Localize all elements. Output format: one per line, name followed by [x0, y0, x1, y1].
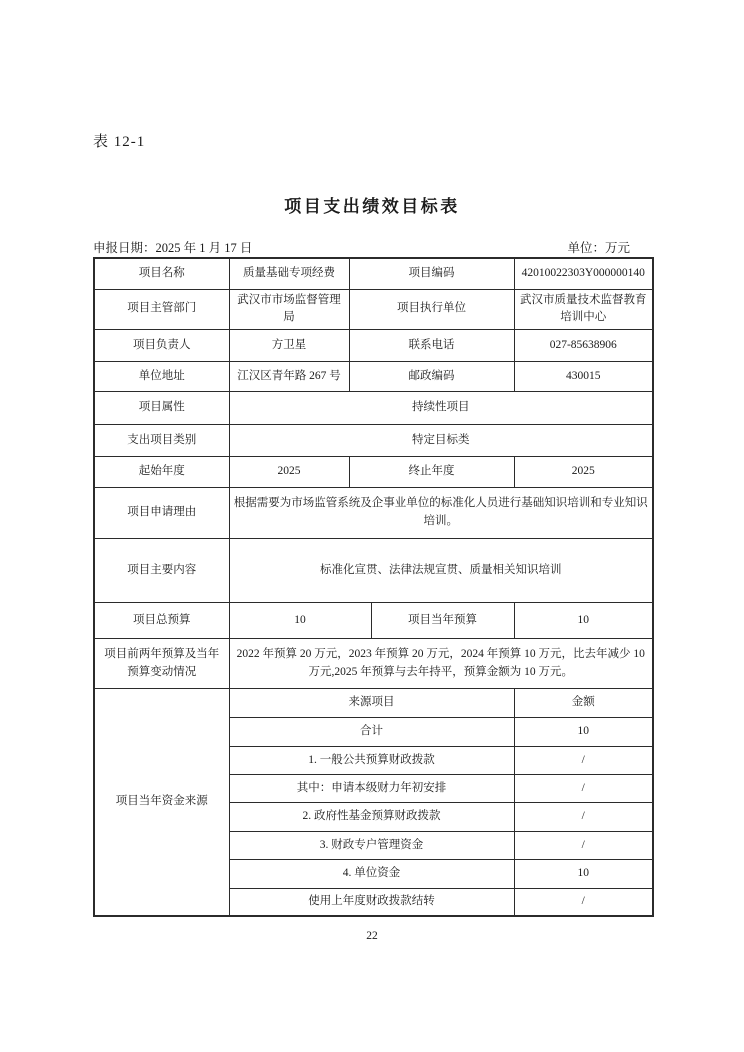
responsible-person-value: 方卫星 — [229, 330, 349, 362]
end-year-value: 2025 — [514, 457, 653, 488]
project-code-value: 42010022303Y000000140 — [514, 258, 653, 289]
phone-label: 联系电话 — [349, 330, 514, 362]
total-budget-value: 10 — [229, 603, 371, 639]
project-code-label: 项目编码 — [349, 258, 514, 289]
main-content-value: 标准化宣贯、法律法规宣贯、质量相关知识培训 — [229, 539, 653, 603]
performance-target-table: 项目名称 质量基础专项经费 项目编码 42010022303Y000000140… — [93, 257, 654, 917]
funding-header-amount: 金额 — [514, 689, 653, 718]
table-row: 项目当年资金来源 来源项目 金额 — [94, 689, 653, 718]
funding-total-label: 合计 — [229, 718, 514, 747]
funding-item-local-arrangement: 其中：申请本级财力年初安排 — [229, 775, 514, 803]
funding-item-local-arrangement-amount: / — [514, 775, 653, 803]
table-row: 项目主管部门 武汉市市场监督管理局 项目执行单位 武汉市质量技术监督教育培训中心 — [94, 289, 653, 330]
application-reason-label: 项目申请理由 — [94, 488, 229, 539]
budget-history-value: 2022 年预算 20 万元，2023 年预算 20 万元，2024 年预算 1… — [229, 639, 653, 689]
address-label: 单位地址 — [94, 362, 229, 392]
start-year-value: 2025 — [229, 457, 349, 488]
funding-total-amount: 10 — [514, 718, 653, 747]
current-year-budget-value: 10 — [514, 603, 653, 639]
table-row: 项目申请理由 根据需要为市场监管系统及企事业单位的标准化人员进行基础知识培训和专… — [94, 488, 653, 539]
responsible-person-label: 项目负责人 — [94, 330, 229, 362]
expenditure-category-value: 特定目标类 — [229, 425, 653, 457]
funding-item-fiscal-account: 3. 财政专户管理资金 — [229, 832, 514, 860]
page-number: 22 — [0, 930, 744, 942]
end-year-label: 终止年度 — [349, 457, 514, 488]
funding-item-unit-funds-amount: 10 — [514, 860, 653, 889]
address-value: 江汉区青年路 267 号 — [229, 362, 349, 392]
funding-item-general-budget-amount: / — [514, 747, 653, 775]
table-row: 项目负责人 方卫星 联系电话 027-85638906 — [94, 330, 653, 362]
funding-source-label: 项目当年资金来源 — [94, 689, 229, 916]
total-budget-label: 项目总预算 — [94, 603, 229, 639]
project-attribute-value: 持续性项目 — [229, 392, 653, 425]
executing-unit-label: 项目执行单位 — [349, 289, 514, 330]
department-label: 项目主管部门 — [94, 289, 229, 330]
report-date: 申报日期：2025 年 1 月 17 日 — [93, 238, 252, 256]
funding-item-carryover-amount: / — [514, 889, 653, 916]
start-year-label: 起始年度 — [94, 457, 229, 488]
postcode-label: 邮政编码 — [349, 362, 514, 392]
funding-item-carryover: 使用上年度财政拨款结转 — [229, 889, 514, 916]
table-caption: 表 12-1 — [93, 130, 145, 151]
funding-item-government-fund: 2. 政府性基金预算财政拨款 — [229, 803, 514, 832]
funding-header-source: 来源项目 — [229, 689, 514, 718]
document-title: 项目支出绩效目标表 — [0, 192, 744, 217]
table-row: 起始年度 2025 终止年度 2025 — [94, 457, 653, 488]
funding-item-fiscal-account-amount: / — [514, 832, 653, 860]
unit-label: 单位：万元 — [567, 238, 630, 256]
document-page: 表 12-1 项目支出绩效目标表 申报日期：2025 年 1 月 17 日 单位… — [0, 0, 744, 1052]
table-row: 项目前两年预算及当年预算变动情况 2022 年预算 20 万元，2023 年预算… — [94, 639, 653, 689]
project-name-value: 质量基础专项经费 — [229, 258, 349, 289]
funding-item-unit-funds: 4. 单位资金 — [229, 860, 514, 889]
table-row: 项目名称 质量基础专项经费 项目编码 42010022303Y000000140 — [94, 258, 653, 289]
budget-history-label: 项目前两年预算及当年预算变动情况 — [94, 639, 229, 689]
main-content-label: 项目主要内容 — [94, 539, 229, 603]
phone-value: 027-85638906 — [514, 330, 653, 362]
funding-item-government-fund-amount: / — [514, 803, 653, 832]
department-value: 武汉市市场监督管理局 — [229, 289, 349, 330]
table-row: 支出项目类别 特定目标类 — [94, 425, 653, 457]
table-row: 单位地址 江汉区青年路 267 号 邮政编码 430015 — [94, 362, 653, 392]
current-year-budget-label: 项目当年预算 — [371, 603, 514, 639]
project-attribute-label: 项目属性 — [94, 392, 229, 425]
expenditure-category-label: 支出项目类别 — [94, 425, 229, 457]
executing-unit-value: 武汉市质量技术监督教育培训中心 — [514, 289, 653, 330]
project-name-label: 项目名称 — [94, 258, 229, 289]
postcode-value: 430015 — [514, 362, 653, 392]
table-row: 项目主要内容 标准化宣贯、法律法规宣贯、质量相关知识培训 — [94, 539, 653, 603]
table-row: 项目属性 持续性项目 — [94, 392, 653, 425]
meta-line: 申报日期：2025 年 1 月 17 日 单位：万元 — [93, 238, 652, 256]
funding-item-general-budget: 1. 一般公共预算财政拨款 — [229, 747, 514, 775]
table-row: 项目总预算 10 项目当年预算 10 — [94, 603, 653, 639]
application-reason-value: 根据需要为市场监管系统及企事业单位的标准化人员进行基础知识培训和专业知识培训。 — [229, 488, 653, 539]
